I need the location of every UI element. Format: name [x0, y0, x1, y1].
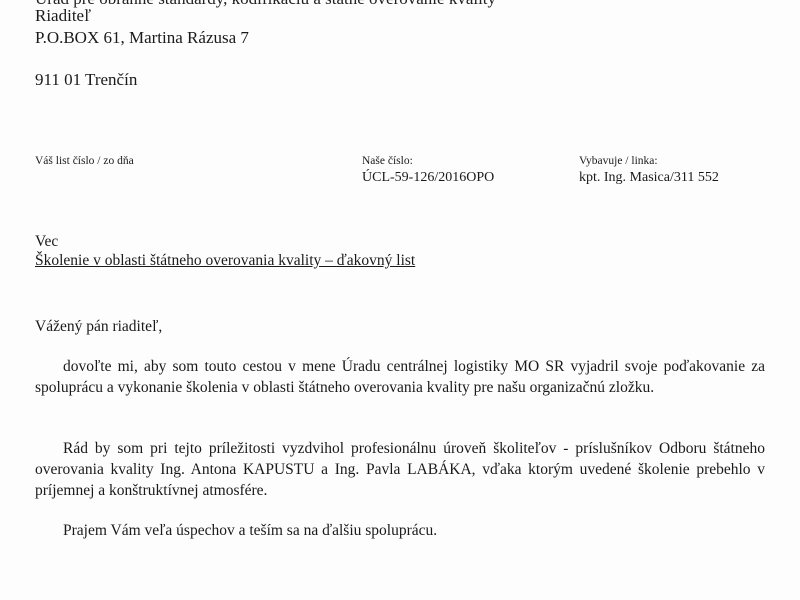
handled-by-value: kpt. Ing. Masica/311 552: [579, 169, 719, 186]
paragraph-2: Rád by som pri tejto príležitosti vyzdvi…: [35, 438, 765, 501]
paragraph-1: dovoľte mi, aby som touto cestou v mene …: [35, 356, 765, 398]
recipient-address: P.O.BOX 61, Martina Rázusa 7: [35, 28, 249, 48]
our-number-value: ÚCL-59-126/2016OPO: [362, 169, 494, 186]
subject-text: Školenie v oblasti štátneho overovania k…: [35, 250, 415, 271]
recipient-city: 911 01 Trenčín: [35, 70, 137, 90]
subject-label: Vec: [35, 231, 58, 252]
recipient-title: Riaditeľ: [35, 6, 91, 26]
paragraph-3: Prajem Vám veľa úspechov a teším sa na ď…: [35, 520, 765, 541]
our-number-label: Naše číslo:: [362, 154, 413, 168]
your-letter-label: Váš list číslo / zo dňa: [35, 154, 134, 168]
handled-by-label: Vybavuje / linka:: [579, 154, 658, 168]
recipient-organization: Úrad pre obranné štandardy, kodifikáciu …: [35, 0, 496, 9]
salutation: Vážený pán riaditeľ,: [35, 316, 162, 337]
